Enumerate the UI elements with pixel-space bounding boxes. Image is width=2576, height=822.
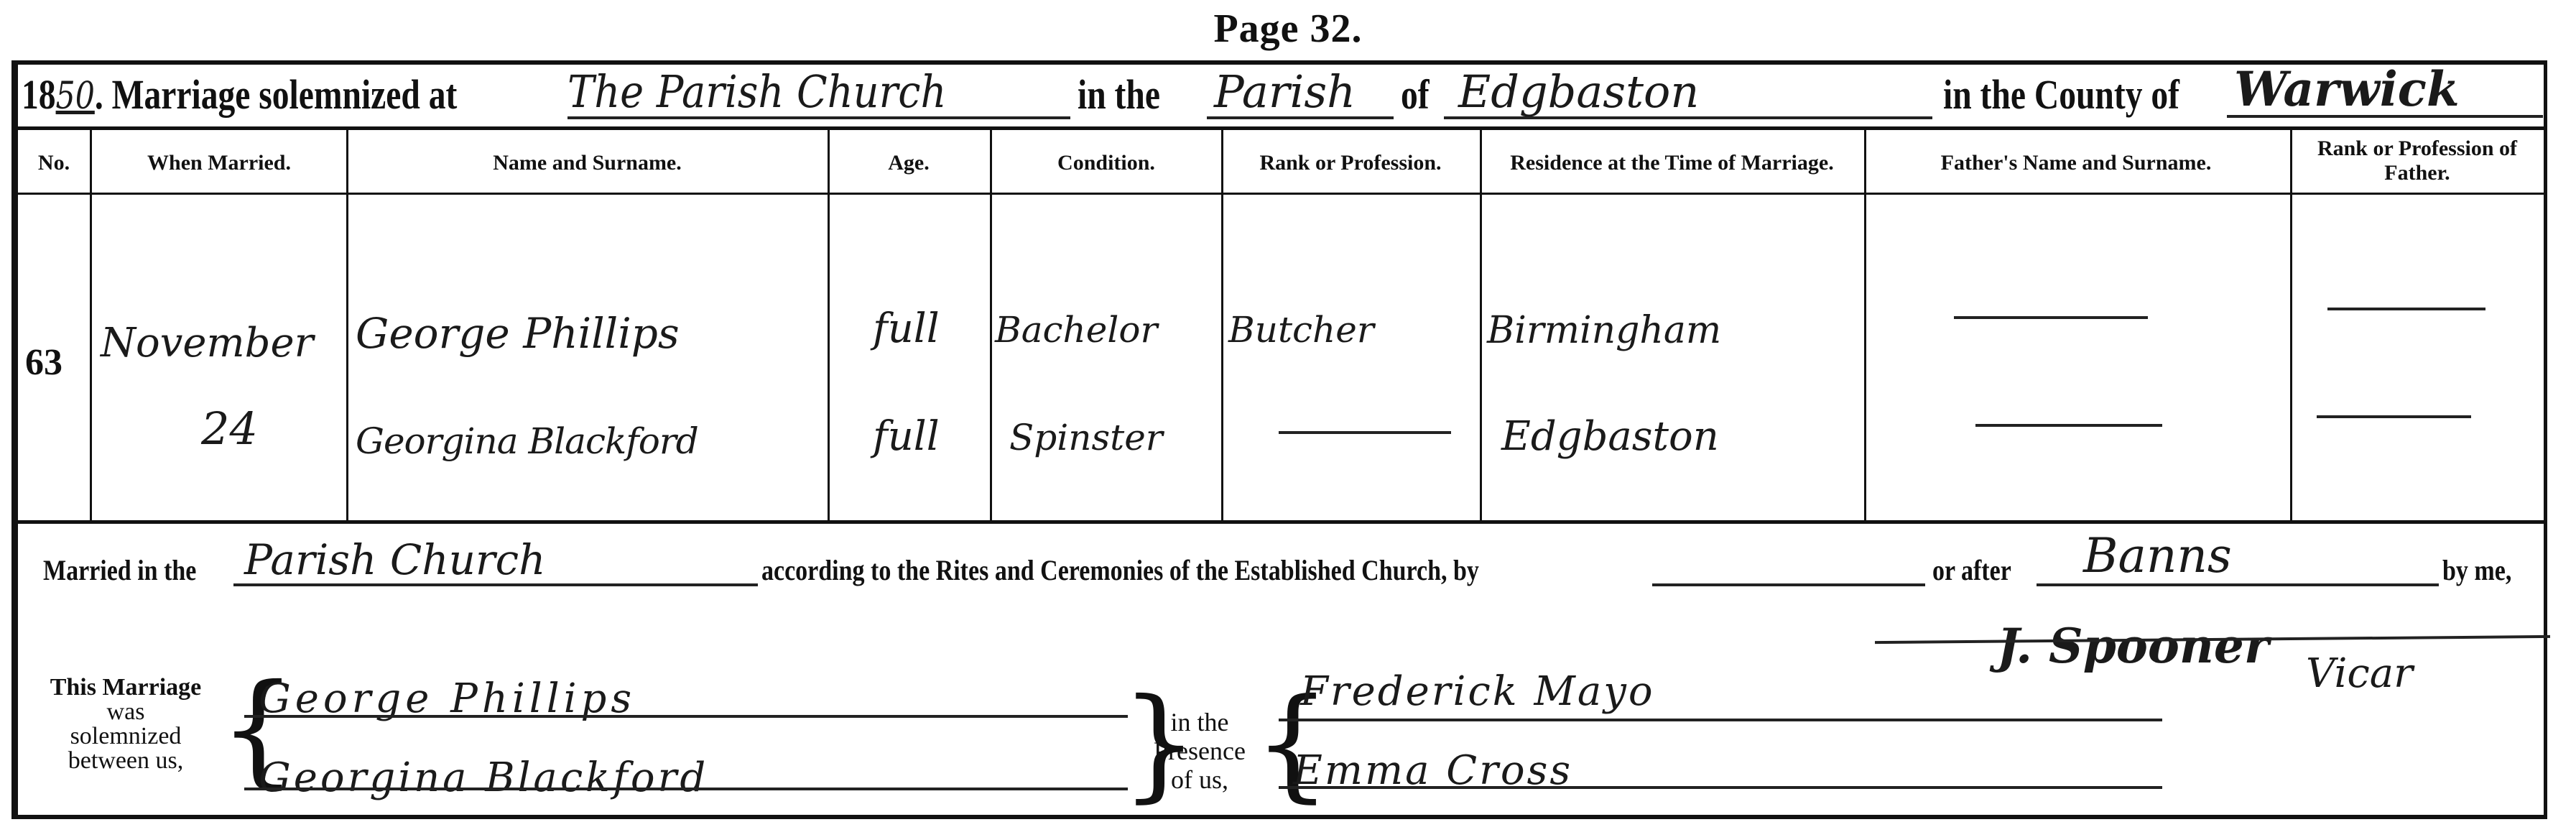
married-in-underline	[233, 583, 758, 586]
col-divider	[990, 128, 992, 522]
year-suffix: 50	[56, 75, 95, 118]
col-divider	[2290, 128, 2292, 522]
col-divider	[1480, 128, 1482, 522]
groom-father-name-dash	[1954, 316, 2148, 319]
of-label: of	[1401, 66, 1430, 124]
district-value: Parish	[1214, 63, 1356, 121]
page-number: Page 32.	[0, 6, 2576, 52]
solemnized-at-underline	[567, 116, 1070, 119]
col-divider	[90, 128, 92, 522]
header-rule	[18, 193, 2544, 195]
entry-number: 63	[25, 341, 62, 384]
district-underline	[1207, 116, 1394, 119]
married-in-value: Parish Church	[244, 535, 545, 584]
by-underline[interactable]	[1652, 583, 1925, 586]
col-header-age: Age.	[830, 151, 988, 175]
col-header-rank: Rank or Profession.	[1221, 151, 1480, 175]
between-label: This Marriage was solemnized between us,	[29, 675, 223, 773]
bride-rank-dash	[1279, 431, 1451, 434]
witness-1-signature: Frederick Mayo	[1300, 668, 1655, 715]
groom-condition: Bachelor	[995, 309, 1157, 351]
groom-signature-line	[244, 715, 1128, 718]
in-the-label: in the	[1078, 66, 1160, 124]
solemnized-at-value: The Parish Church	[567, 63, 1020, 121]
place-value: Edgbaston	[1458, 63, 1699, 121]
bride-signature-line	[244, 788, 1128, 790]
or-after-label: or after	[1932, 553, 2011, 587]
or-after-underline	[2037, 583, 2439, 586]
groom-name: George Phillips	[356, 309, 680, 358]
place-underline	[1444, 116, 1932, 119]
bride-condition: Spinster	[1009, 417, 1163, 458]
officiant-title: Vicar	[2306, 650, 2413, 697]
witness-2-line	[1279, 786, 2162, 789]
col-header-father-rank: Rank or Profession of Father.	[2292, 137, 2543, 185]
col-divider	[1864, 128, 1866, 522]
groom-age: full	[873, 305, 940, 352]
col-header-name: Name and Surname.	[348, 151, 826, 175]
groom-rank: Butcher	[1228, 309, 1374, 351]
witness-1-line	[1279, 719, 2162, 721]
or-after-value: Banns	[2083, 528, 2232, 583]
col-divider	[828, 128, 830, 522]
when-married-day: 24	[201, 402, 258, 455]
married-in-label: Married in the	[43, 553, 196, 587]
col-divider	[346, 128, 348, 522]
col-header-residence: Residence at the Time of Marriage.	[1480, 151, 1864, 175]
bride-name: Georgina Blackford	[356, 420, 698, 462]
col-header-condition: Condition.	[991, 151, 1221, 175]
heading-rule	[18, 126, 2544, 130]
col-header-when-married: When Married.	[93, 151, 345, 175]
when-married-month: November	[101, 320, 313, 366]
bride-signature: Georgina Blackford	[259, 754, 708, 801]
county-underline	[2227, 115, 2543, 118]
presence-label: in the Presence of us,	[1142, 708, 1257, 794]
county-label: in the County of	[1943, 66, 2179, 124]
col-header-father-name: Father's Name and Surname.	[1864, 151, 2288, 175]
rites-label: according to the Rites and Ceremonies of…	[761, 553, 1479, 587]
by-me-label: by me,	[2442, 553, 2511, 587]
officiant-signature: J. Spooner	[1997, 618, 2269, 674]
groom-father-rank-dash	[2327, 308, 2485, 310]
bride-residence: Edgbaston	[1501, 413, 1719, 460]
col-divider	[1221, 128, 1223, 522]
groom-residence: Birmingham	[1487, 309, 1721, 352]
bride-father-name-dash	[1975, 424, 2162, 427]
bride-father-rank-dash	[2317, 415, 2471, 418]
county-value: Warwick	[2234, 60, 2460, 118]
year-prefix: 18	[22, 71, 56, 118]
solemnized-at-label: Marriage solemnized at	[112, 71, 458, 118]
heading-row: 1850. Marriage solemnized at	[22, 66, 552, 124]
bride-age: full	[873, 413, 940, 460]
entry-rule	[18, 520, 2544, 524]
col-header-no: No.	[18, 151, 90, 175]
